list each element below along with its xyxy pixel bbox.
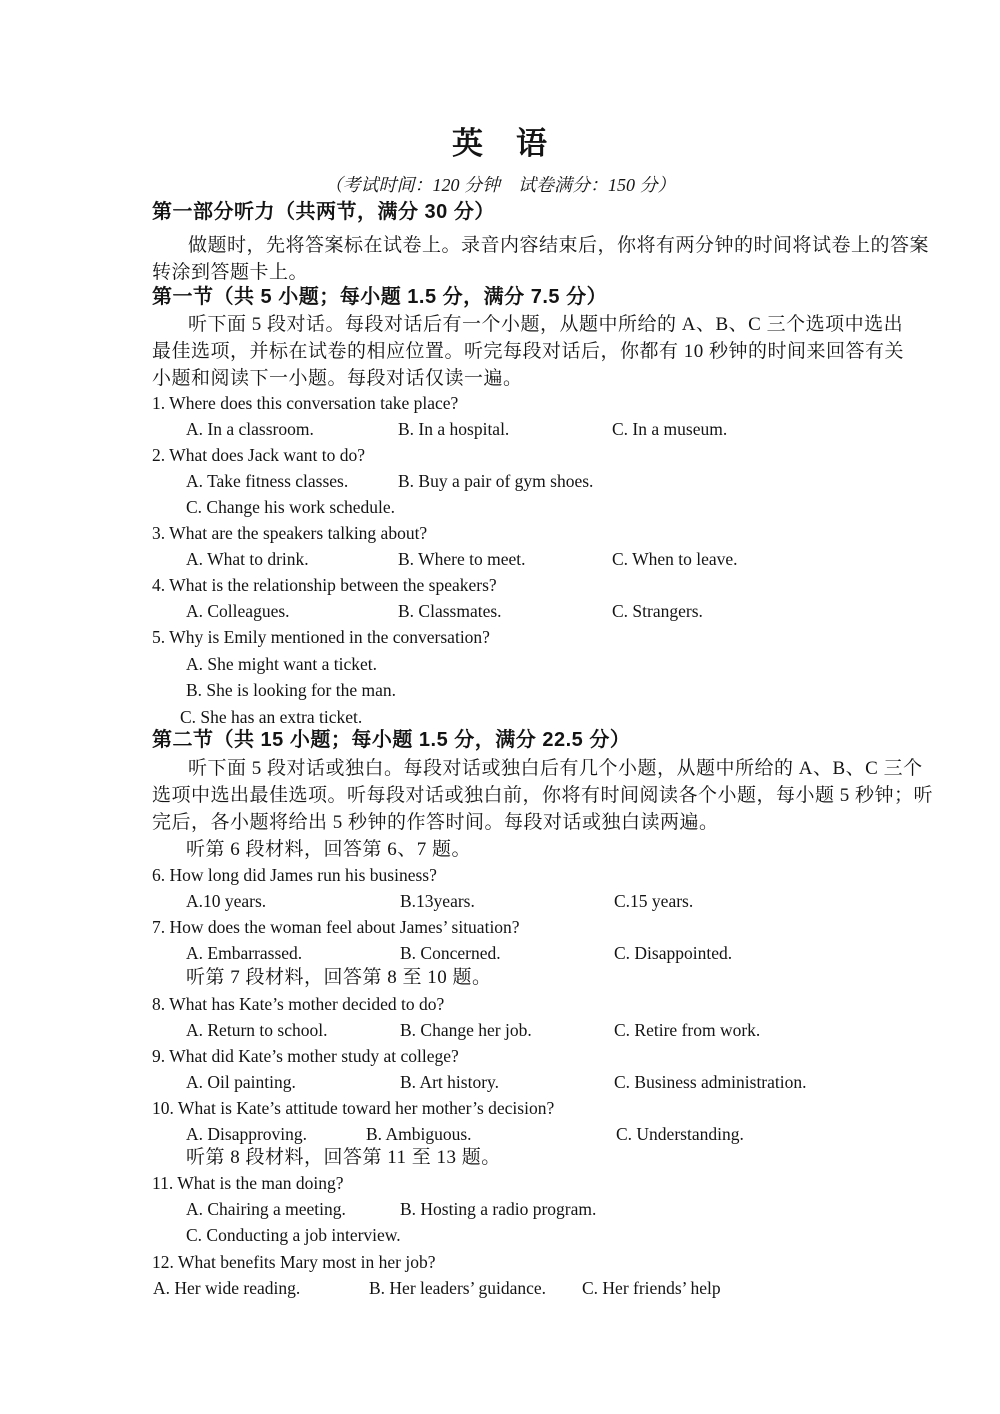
question-12-option-b: B. Her leaders’ guidance. [369, 1280, 546, 1298]
question-10-option-b: B. Ambiguous. [366, 1126, 472, 1144]
section2-heading: 第二节（共 15 小题；每小题 1.5 分，满分 22.5 分） [152, 730, 630, 750]
question-7: 7. How does the woman feel about James’ … [152, 919, 520, 937]
question-3-option-a: A. What to drink. [186, 551, 309, 569]
question-4-option-a: A. Colleagues. [186, 603, 290, 621]
question-8-option-b: B. Change her job. [400, 1022, 532, 1040]
section2-intro-line-1: 听下面 5 段对话或独白。每段对话或独白后有几个小题，从题中所给的 A、B、C … [188, 759, 923, 778]
section1-heading: 第一节（共 5 小题；每小题 1.5 分，满分 7.5 分） [152, 287, 607, 307]
exam-paper-page: 英 语 （考试时间：120 分钟 试卷满分：150 分） 第一部分听力（共两节，… [0, 0, 1000, 1414]
material-6-instruction: 听第 6 段材料，回答第 6、7 题。 [186, 840, 471, 859]
question-6-option-b: B.13years. [400, 893, 475, 911]
question-7-option-c: C. Disappointed. [614, 945, 732, 963]
section2-intro-line-3: 完后，各小题将给出 5 秒钟的作答时间。每段对话或独白读两遍。 [152, 813, 719, 832]
question-1-option-a: A. In a classroom. [186, 421, 314, 439]
question-9: 9. What did Kate’s mother study at colle… [152, 1048, 459, 1066]
question-8-option-a: A. Return to school. [186, 1022, 327, 1040]
exam-title: 英 语 [0, 128, 1000, 159]
question-9-option-c: C. Business administration. [614, 1074, 807, 1092]
question-11: 11. What is the man doing? [152, 1175, 344, 1193]
part1-intro-line-1: 做题时，先将答案标在试卷上。录音内容结束后，你将有两分钟的时间将试卷上的答案 [188, 236, 929, 255]
section1-intro-line-3: 小题和阅读下一小题。每段对话仅读一遍。 [152, 369, 523, 388]
question-10-option-a: A. Disapproving. [186, 1126, 307, 1144]
part1-intro-line-2: 转涂到答题卡上。 [152, 263, 308, 282]
question-5-option-a: A. She might want a ticket. [186, 656, 377, 674]
question-10-option-c: C. Understanding. [616, 1126, 744, 1144]
question-8-option-c: C. Retire from work. [614, 1022, 760, 1040]
question-9-option-a: A. Oil painting. [186, 1074, 296, 1092]
question-11-option-a: A. Chairing a meeting. [186, 1201, 346, 1219]
material-7-instruction: 听第 7 段材料，回答第 8 至 10 题。 [186, 968, 492, 987]
question-3-option-c: C. When to leave. [612, 551, 738, 569]
question-7-option-a: A. Embarrassed. [186, 945, 302, 963]
question-12-option-a: A. Her wide reading. [153, 1280, 300, 1298]
question-12-option-c: C. Her friends’ help [582, 1280, 721, 1298]
section1-intro-line-1: 听下面 5 段对话。每段对话后有一个小题，从题中所给的 A、B、C 三个选项中选… [188, 315, 903, 334]
question-2-option-b: B. Buy a pair of gym shoes. [398, 473, 593, 491]
question-6-option-c: C.15 years. [614, 893, 693, 911]
question-1-option-b: B. In a hospital. [398, 421, 509, 439]
question-5-option-b: B. She is looking for the man. [186, 682, 396, 700]
question-8: 8. What has Kate’s mother decided to do? [152, 996, 444, 1014]
section2-intro-line-2: 选项中选出最佳选项。听每段对话或独白前，你将有时间阅读各个小题，每小题 5 秒钟… [152, 786, 933, 805]
question-12: 12. What benefits Mary most in her job? [152, 1254, 436, 1272]
question-6-option-a: A.10 years. [186, 893, 266, 911]
question-9-option-b: B. Art history. [400, 1074, 499, 1092]
question-1-option-c: C. In a museum. [612, 421, 727, 439]
question-7-option-b: B. Concerned. [400, 945, 501, 963]
question-11-option-c: C. Conducting a job interview. [186, 1227, 401, 1245]
question-3-option-b: B. Where to meet. [398, 551, 525, 569]
part1-heading: 第一部分听力（共两节，满分 30 分） [152, 202, 495, 222]
question-5: 5. Why is Emily mentioned in the convers… [152, 629, 490, 647]
question-2: 2. What does Jack want to do? [152, 447, 365, 465]
material-8-instruction: 听第 8 段材料，回答第 11 至 13 题。 [186, 1148, 501, 1167]
question-2-option-a: A. Take fitness classes. [186, 473, 348, 491]
question-11-option-b: B. Hosting a radio program. [400, 1201, 596, 1219]
question-4-option-b: B. Classmates. [398, 603, 502, 621]
question-6: 6. How long did James run his business? [152, 867, 437, 885]
question-3: 3. What are the speakers talking about? [152, 525, 427, 543]
question-1: 1. Where does this conversation take pla… [152, 395, 458, 413]
section1-intro-line-2: 最佳选项，并标在试卷的相应位置。听完每段对话后，你都有 10 秒钟的时间来回答有… [152, 342, 904, 361]
question-5-option-c: C. She has an extra ticket. [180, 709, 362, 727]
question-4: 4. What is the relationship between the … [152, 577, 497, 595]
question-2-option-c: C. Change his work schedule. [186, 499, 395, 517]
exam-meta: （考试时间：120 分钟 试卷满分：150 分） [0, 176, 1000, 194]
question-4-option-c: C. Strangers. [612, 603, 703, 621]
question-10: 10. What is Kate’s attitude toward her m… [152, 1100, 554, 1118]
